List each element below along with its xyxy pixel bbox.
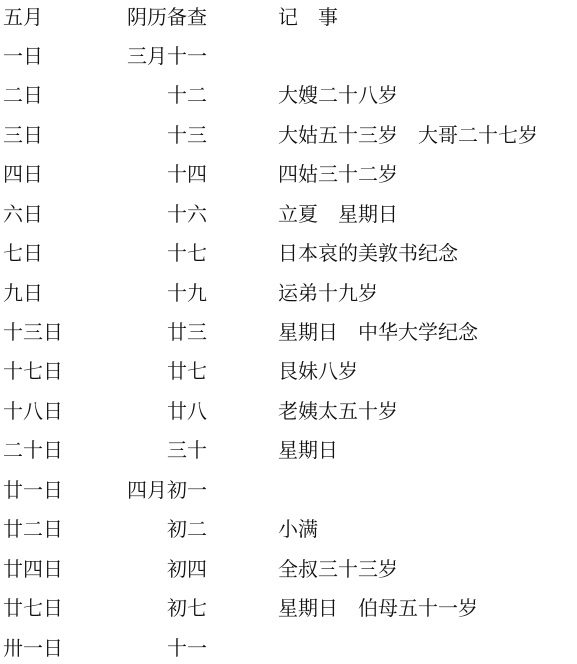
day-cell: 廿四日 (3, 554, 63, 584)
day-cell: 六日 (3, 199, 43, 229)
note-cell: 四姑三十二岁 (278, 159, 398, 189)
lunar-cell: 十四 (106, 159, 207, 189)
table-row: 一日 三月十一 (0, 41, 577, 71)
day-cell: 廿二日 (3, 514, 63, 544)
header-row: 五月 阴历备查 记 事 (0, 2, 577, 32)
lunar-cell: 十三 (106, 120, 207, 150)
lunar-cell: 廿八 (106, 396, 207, 426)
lunar-cell: 廿七 (106, 356, 207, 386)
note-cell: 老姨太五十岁 (278, 396, 398, 426)
table-row: 廿四日 初四 全叔三十三岁 (0, 554, 577, 584)
day-cell: 十八日 (3, 396, 63, 426)
header-notes: 记 事 (278, 2, 338, 32)
table-row: 十八日 廿八 老姨太五十岁 (0, 396, 577, 426)
table-row: 廿二日 初二 小满 (0, 514, 577, 544)
note-cell: 星期日 伯母五十一岁 (278, 593, 478, 623)
day-cell: 十七日 (3, 356, 63, 386)
lunar-cell: 三十 (106, 435, 207, 465)
table-row: 二日 十二 大嫂二十八岁 (0, 80, 577, 110)
note-cell: 艮妹八岁 (278, 356, 358, 386)
day-cell: 三日 (3, 120, 43, 150)
lunar-cell: 初四 (106, 554, 207, 584)
lunar-cell: 十七 (106, 238, 207, 268)
lunar-cell: 十九 (106, 278, 207, 308)
table-row: 七日 十七 日本哀的美敦书纪念 (0, 238, 577, 268)
table-row: 十七日 廿七 艮妹八岁 (0, 356, 577, 386)
table-row: 十三日 廿三 星期日 中华大学纪念 (0, 317, 577, 347)
day-cell: 七日 (3, 238, 43, 268)
day-cell: 十三日 (3, 317, 63, 347)
day-cell: 九日 (3, 278, 43, 308)
lunar-cell: 廿三 (106, 317, 207, 347)
lunar-cell: 初七 (106, 593, 207, 623)
note-cell: 大姑五十三岁 大哥二十七岁 (278, 120, 538, 150)
note-cell: 全叔三十三岁 (278, 554, 398, 584)
lunar-cell: 四月初一 (106, 475, 207, 505)
note-cell: 运弟十九岁 (278, 278, 378, 308)
day-cell: 二十日 (3, 435, 63, 465)
lunar-cell: 十六 (106, 199, 207, 229)
day-cell: 二日 (3, 80, 43, 110)
day-cell: 一日 (3, 41, 43, 71)
day-cell: 卅一日 (3, 633, 63, 663)
table-row: 卅一日 十一 (0, 633, 577, 663)
table-row: 九日 十九 运弟十九岁 (0, 278, 577, 308)
table-row: 廿一日 四月初一 (0, 475, 577, 505)
table-row: 六日 十六 立夏 星期日 (0, 199, 577, 229)
table-row: 二十日 三十 星期日 (0, 435, 577, 465)
lunar-cell: 十一 (106, 633, 207, 663)
note-cell: 星期日 (278, 435, 338, 465)
day-cell: 廿七日 (3, 593, 63, 623)
note-cell: 小满 (278, 514, 318, 544)
day-cell: 四日 (3, 159, 43, 189)
header-month: 五月 (3, 2, 43, 32)
note-cell: 立夏 星期日 (278, 199, 398, 229)
lunar-cell: 初二 (106, 514, 207, 544)
table-row: 四日 十四 四姑三十二岁 (0, 159, 577, 189)
note-cell: 星期日 中华大学纪念 (278, 317, 478, 347)
note-cell: 日本哀的美敦书纪念 (278, 238, 458, 268)
lunar-cell: 三月十一 (106, 41, 207, 71)
note-cell: 大嫂二十八岁 (278, 80, 398, 110)
lunar-cell: 十二 (106, 80, 207, 110)
table-row: 三日 十三 大姑五十三岁 大哥二十七岁 (0, 120, 577, 150)
day-cell: 廿一日 (3, 475, 63, 505)
header-lunar: 阴历备查 (106, 2, 207, 32)
table-row: 廿七日 初七 星期日 伯母五十一岁 (0, 593, 577, 623)
